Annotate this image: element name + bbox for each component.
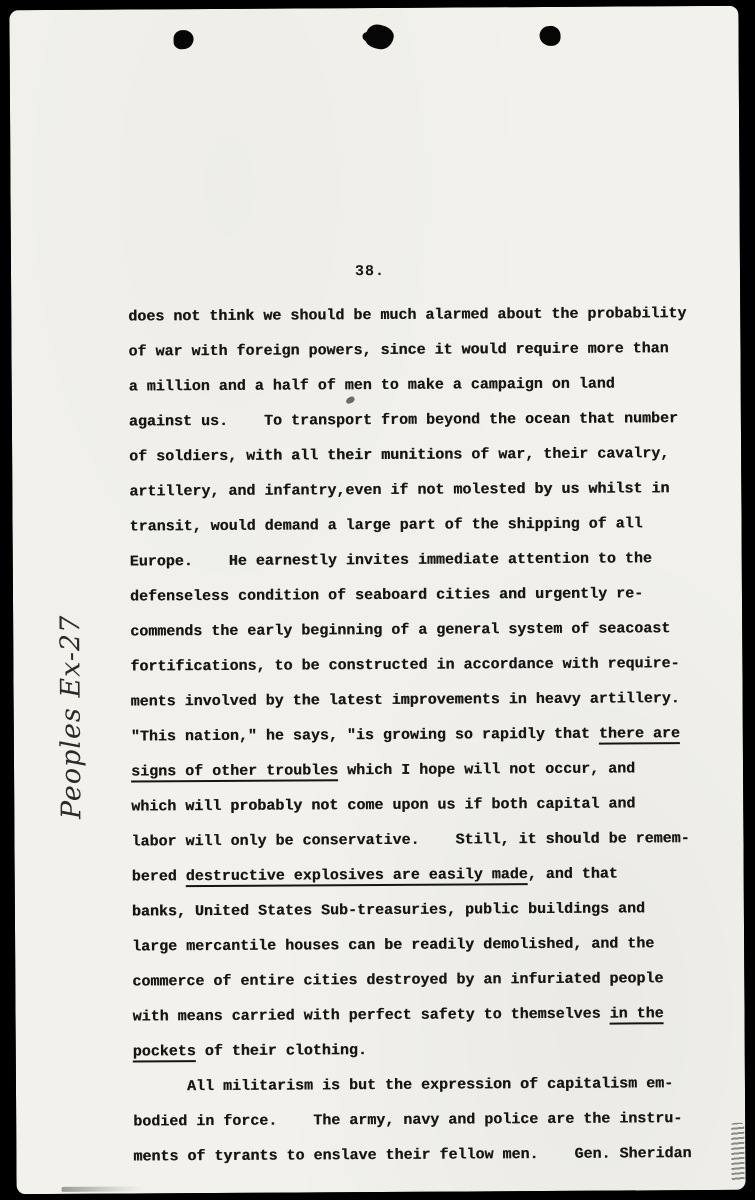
typed-text: commends the early beginning of a genera… (130, 620, 670, 640)
typed-text: large mercantile houses can be readily d… (132, 935, 654, 955)
typed-text: ments involved by the latest improvement… (131, 690, 680, 710)
typed-text: does not think we should be much alarmed… (128, 305, 686, 325)
typed-text: against us. To transport from beyond the… (129, 410, 678, 430)
typed-text: which I hope will not occur, and (338, 760, 635, 779)
punch-hole-mark-center (364, 23, 395, 51)
typed-text: of their clothing. (196, 1042, 367, 1060)
page-number: 38. (355, 263, 385, 280)
typed-text: All militarism is but the expression of … (133, 1075, 673, 1095)
typed-body: does not think we should be much alarmed… (128, 296, 708, 1174)
typed-text: which will probably not come upon us if … (131, 795, 635, 815)
typed-line: of soldiers, with all their munitions of… (129, 436, 704, 475)
typed-line: defenseless condition of seaboard cities… (130, 576, 705, 615)
underlined-text: there are (599, 725, 680, 744)
typed-line: bodied in force. The army, navy and poli… (133, 1101, 708, 1140)
scanned-photo: 38. does not think we should be much ala… (0, 0, 755, 1200)
typed-line: labor will only be conservative. Still, … (131, 821, 706, 860)
typed-line: fortifications, to be constructed in acc… (130, 646, 705, 685)
typed-line: ments involved by the latest improvement… (131, 681, 706, 720)
typed-text: transit, would demand a large part of th… (129, 515, 642, 535)
scan-edge-noise (62, 1186, 142, 1191)
underlined-text: signs of other troubles (131, 762, 338, 782)
typed-text: commerce of entire cities destroyed by a… (132, 970, 663, 990)
document-page: 38. does not think we should be much ala… (9, 6, 745, 1194)
typed-text: labor will only be conservative. Still, … (131, 830, 689, 850)
typed-text: Europe. He earnestly invites immediate a… (130, 550, 652, 570)
typed-text: "This nation," he says, "is growing so r… (131, 726, 599, 746)
typed-text: of war with foreign powers, since it wou… (128, 340, 668, 360)
typed-line: with means carried with perfect safety t… (132, 996, 707, 1035)
typed-text: of soldiers, with all their munitions of… (129, 445, 669, 465)
typed-text: defenseless condition of seaboard cities… (130, 585, 643, 605)
typed-line: banks, United States Sub-treasuries, pub… (132, 891, 707, 930)
typed-text: bered (132, 868, 186, 885)
underlined-text: in the (610, 1005, 664, 1024)
punch-hole-mark-left (174, 30, 194, 49)
typed-line: does not think we should be much alarmed… (128, 296, 703, 335)
typed-line: commends the early beginning of a genera… (130, 611, 705, 650)
typed-line: transit, would demand a large part of th… (129, 506, 704, 545)
handwritten-exhibit-annotation: Peoples Ex-27 (55, 577, 97, 857)
underlined-text: destructive explosives are easily made (186, 866, 528, 887)
typed-text: ments of tyrants to enslave their fellow… (133, 1145, 691, 1165)
typed-text: bodied in force. The army, navy and poli… (133, 1110, 682, 1130)
typed-line: artillery, and infantry,even if not mole… (129, 471, 704, 510)
scan-edge-noise (731, 1123, 744, 1181)
underlined-text: pockets (133, 1043, 196, 1062)
typed-text: artillery, and infantry,even if not mole… (129, 480, 669, 500)
typed-line: bered destructive explosives are easily … (132, 856, 707, 895)
typed-line: ments of tyrants to enslave their fellow… (133, 1136, 708, 1175)
typed-line: of war with foreign powers, since it wou… (128, 331, 703, 370)
typed-text: with means carried with perfect safety t… (132, 1006, 609, 1026)
typed-line: large mercantile houses can be readily d… (132, 926, 707, 965)
typed-line: "This nation," he says, "is growing so r… (131, 716, 706, 755)
typed-text: , and that (528, 866, 618, 884)
typed-line: All militarism is but the expression of … (133, 1066, 708, 1105)
typed-line: which will probably not come upon us if … (131, 786, 706, 825)
typed-line: a million and a half of men to make a ca… (129, 366, 704, 405)
typed-line: Europe. He earnestly invites immediate a… (130, 541, 705, 580)
typed-text: fortifications, to be constructed in acc… (130, 655, 679, 675)
typed-text: banks, United States Sub-treasuries, pub… (132, 900, 645, 920)
typed-line: commerce of entire cities destroyed by a… (132, 961, 707, 1000)
typed-line: against us. To transport from beyond the… (129, 401, 704, 440)
typed-line: pockets of their clothing. (133, 1031, 708, 1070)
typed-line: signs of other troubles which I hope wil… (131, 751, 706, 790)
typed-text: a million and a half of men to make a ca… (129, 376, 615, 396)
punch-hole-mark-right (539, 26, 560, 46)
